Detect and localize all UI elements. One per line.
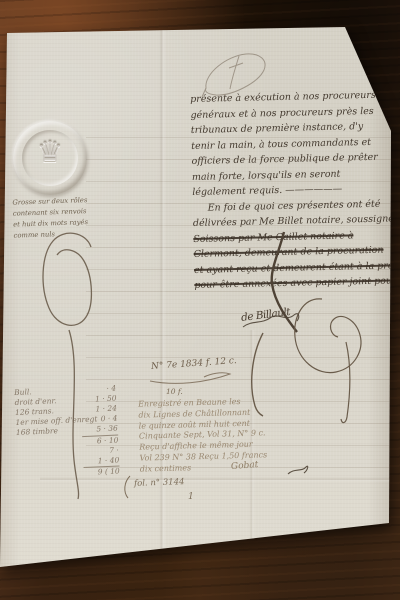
fee-label: 168 timbre bbox=[16, 426, 58, 438]
seal-crown-icon: ♛ bbox=[13, 135, 87, 170]
photo-of-document: ♛ Grosse sur deux rôles contenant six re… bbox=[0, 0, 400, 600]
fee-total: 9 ( 10 bbox=[84, 465, 120, 478]
body-text: présente à exécution à nos procureurs gé… bbox=[190, 87, 400, 293]
fee-tally: Bull. · 4 droit d'enr. 1 · 50 126 trans.… bbox=[14, 384, 120, 481]
horizontal-fold-crease bbox=[40, 477, 390, 482]
paper-shadow: ♛ Grosse sur deux rôles contenant six re… bbox=[0, 0, 400, 600]
fee-totals: 6 · 10 7 · 1 · 40 9 ( 10 bbox=[82, 435, 120, 479]
fee-total: 1 · 40 bbox=[83, 455, 119, 467]
stray-ink-mark: 1 bbox=[188, 492, 194, 502]
fee-amount: 5 · 36 bbox=[88, 424, 118, 435]
manuscript-page: ♛ Grosse sur deux rôles contenant six re… bbox=[0, 0, 400, 600]
registrar-signature: Gobat bbox=[231, 460, 259, 472]
folio-number-line: fol. n° 3144 bbox=[134, 477, 185, 489]
margin-note: Grosse sur deux rôles contenant six renv… bbox=[12, 194, 109, 241]
registration-fee: 10 f. bbox=[166, 387, 183, 396]
embossed-seal: ♛ bbox=[13, 121, 87, 195]
